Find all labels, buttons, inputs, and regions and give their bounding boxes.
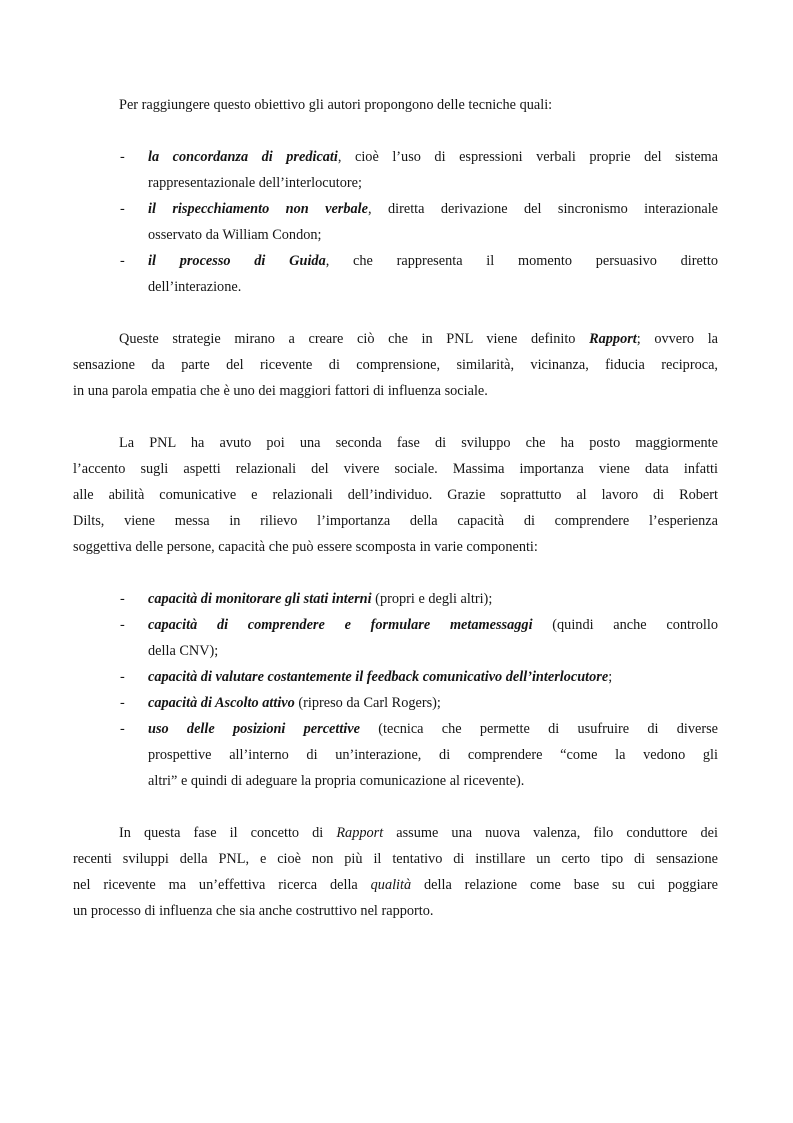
text-line: recenti sviluppi della PNL, e cioè non p… [73,846,718,872]
text-line: il rispecchiamento non verbale, diretta … [148,196,718,222]
paragraph: In questa fase il concetto di Rapport as… [73,820,718,924]
text-run: qualità [371,877,412,893]
text-run: La PNL ha avuto poi una seconda fase di … [119,435,718,451]
text-run: la concordanza di predicati [148,149,338,165]
text-run: Per raggiungere questo obiettivo gli aut… [119,97,552,113]
text-line: uso delle posizioni percettive (tecnica … [148,716,718,742]
text-run: ; [608,669,612,685]
text-run: dell’interazione. [148,279,241,295]
text-run: Rapport [336,825,383,841]
bullet-marker: - [120,612,125,638]
list-item: -capacità di comprendere e formulare met… [73,612,718,664]
bullet-list: -la concordanza di predicati, cioè l’uso… [73,144,718,300]
text-line: l’accento sugli aspetti relazionali del … [73,456,718,482]
text-run: della relazione come base su cui poggiar… [411,877,718,893]
document-page: Per raggiungere questo obiettivo gli aut… [0,0,793,1123]
text-run: osservato da William Condon; [148,227,321,243]
text-line: Queste strategie mirano a creare ciò che… [73,326,718,352]
list-item: -capacità di monitorare gli stati intern… [73,586,718,612]
text-run: (propri e degli altri); [372,591,493,607]
text-line: rappresentazionale dell’interlocutore; [148,170,718,196]
text-run: il rispecchiamento non verbale [148,201,368,217]
text-line: della CNV); [148,638,718,664]
text-line: altri” e quindi di adeguare la propria c… [148,768,718,794]
bullet-marker: - [120,196,125,222]
text-run: un processo di influenza che sia anche c… [73,903,433,919]
paragraph: Per raggiungere questo obiettivo gli aut… [73,92,718,118]
text-run: capacità di comprendere e formulare meta… [148,617,533,633]
text-run: uso delle posizioni percettive [148,721,360,737]
text-line: sensazione da parte del ricevente di com… [73,352,718,378]
text-run: , che rappresenta il momento persuasivo … [326,253,718,269]
text-run: capacità di monitorare gli stati interni [148,591,372,607]
text-line: capacità di Ascolto attivo (ripreso da C… [148,690,718,716]
text-run: altri” e quindi di adeguare la propria c… [148,773,524,789]
list-item: -il processo di Guida, che rappresenta i… [73,248,718,300]
text-run: l’accento sugli aspetti relazionali del … [73,461,718,477]
bullet-marker: - [120,586,125,612]
page-text-content: Per raggiungere questo obiettivo gli aut… [73,92,718,924]
text-run: (ripreso da Carl Rogers); [295,695,441,711]
text-run: In questa fase il concetto di [119,825,336,841]
text-run: soggettiva delle persone, capacità che p… [73,539,538,555]
list-item: -capacità di Ascolto attivo (ripreso da … [73,690,718,716]
text-run: (tecnica che permette di usufruire di di… [360,721,718,737]
text-run: rappresentazionale dell’interlocutore; [148,175,362,191]
list-item: -la concordanza di predicati, cioè l’uso… [73,144,718,196]
text-run: in una parola empatia che è uno dei magg… [73,383,488,399]
text-line: dell’interazione. [148,274,718,300]
bullet-marker: - [120,248,125,274]
text-line: alle abilità comunicative e relazionali … [73,482,718,508]
text-line: capacità di monitorare gli stati interni… [148,586,718,612]
list-item: -il rispecchiamento non verbale, diretta… [73,196,718,248]
text-line: Per raggiungere questo obiettivo gli aut… [73,92,718,118]
bullet-marker: - [120,690,125,716]
text-line: un processo di influenza che sia anche c… [73,898,718,924]
text-run: (quindi anche controllo [533,617,718,633]
text-run: Rapport [589,331,637,347]
bullet-marker: - [120,144,125,170]
bullet-list: -capacità di monitorare gli stati intern… [73,586,718,794]
bullet-marker: - [120,664,125,690]
text-line: il processo di Guida, che rappresenta il… [148,248,718,274]
text-line: la concordanza di predicati, cioè l’uso … [148,144,718,170]
text-run: sensazione da parte del ricevente di com… [73,357,718,373]
text-run: il processo di Guida [148,253,326,269]
text-line: capacità di comprendere e formulare meta… [148,612,718,638]
paragraph: Queste strategie mirano a creare ciò che… [73,326,718,404]
text-run: , diretta derivazione del sincronismo in… [368,201,718,217]
text-run: , cioè l’uso di espressioni verbali prop… [338,149,718,165]
text-line: Dilts, viene messa in rilievo l’importan… [73,508,718,534]
text-line: osservato da William Condon; [148,222,718,248]
bullet-marker: - [120,716,125,742]
text-run: recenti sviluppi della PNL, e cioè non p… [73,851,718,867]
text-run: capacità di valutare costantemente il fe… [148,669,608,685]
paragraph: La PNL ha avuto poi una seconda fase di … [73,430,718,560]
list-item: -capacità di valutare costantemente il f… [73,664,718,690]
text-line: in una parola empatia che è uno dei magg… [73,378,718,404]
text-run: Dilts, viene messa in rilievo l’importan… [73,513,718,529]
text-run: ; ovvero la [637,331,718,347]
text-line: prospettive all’interno di un’interazion… [148,742,718,768]
text-line: La PNL ha avuto poi una seconda fase di … [73,430,718,456]
text-line: In questa fase il concetto di Rapport as… [73,820,718,846]
list-item: -uso delle posizioni percettive (tecnica… [73,716,718,794]
text-run: Queste strategie mirano a creare ciò che… [119,331,589,347]
text-line: soggettiva delle persone, capacità che p… [73,534,718,560]
text-line: nel ricevente ma un’effettiva ricerca de… [73,872,718,898]
text-run: alle abilità comunicative e relazionali … [73,487,718,503]
text-run: capacità di Ascolto attivo [148,695,295,711]
text-run: della CNV); [148,643,218,659]
text-line: capacità di valutare costantemente il fe… [148,664,718,690]
text-run: nel ricevente ma un’effettiva ricerca de… [73,877,371,893]
text-run: prospettive all’interno di un’interazion… [148,747,718,763]
text-run: assume una nuova valenza, filo conduttor… [383,825,718,841]
